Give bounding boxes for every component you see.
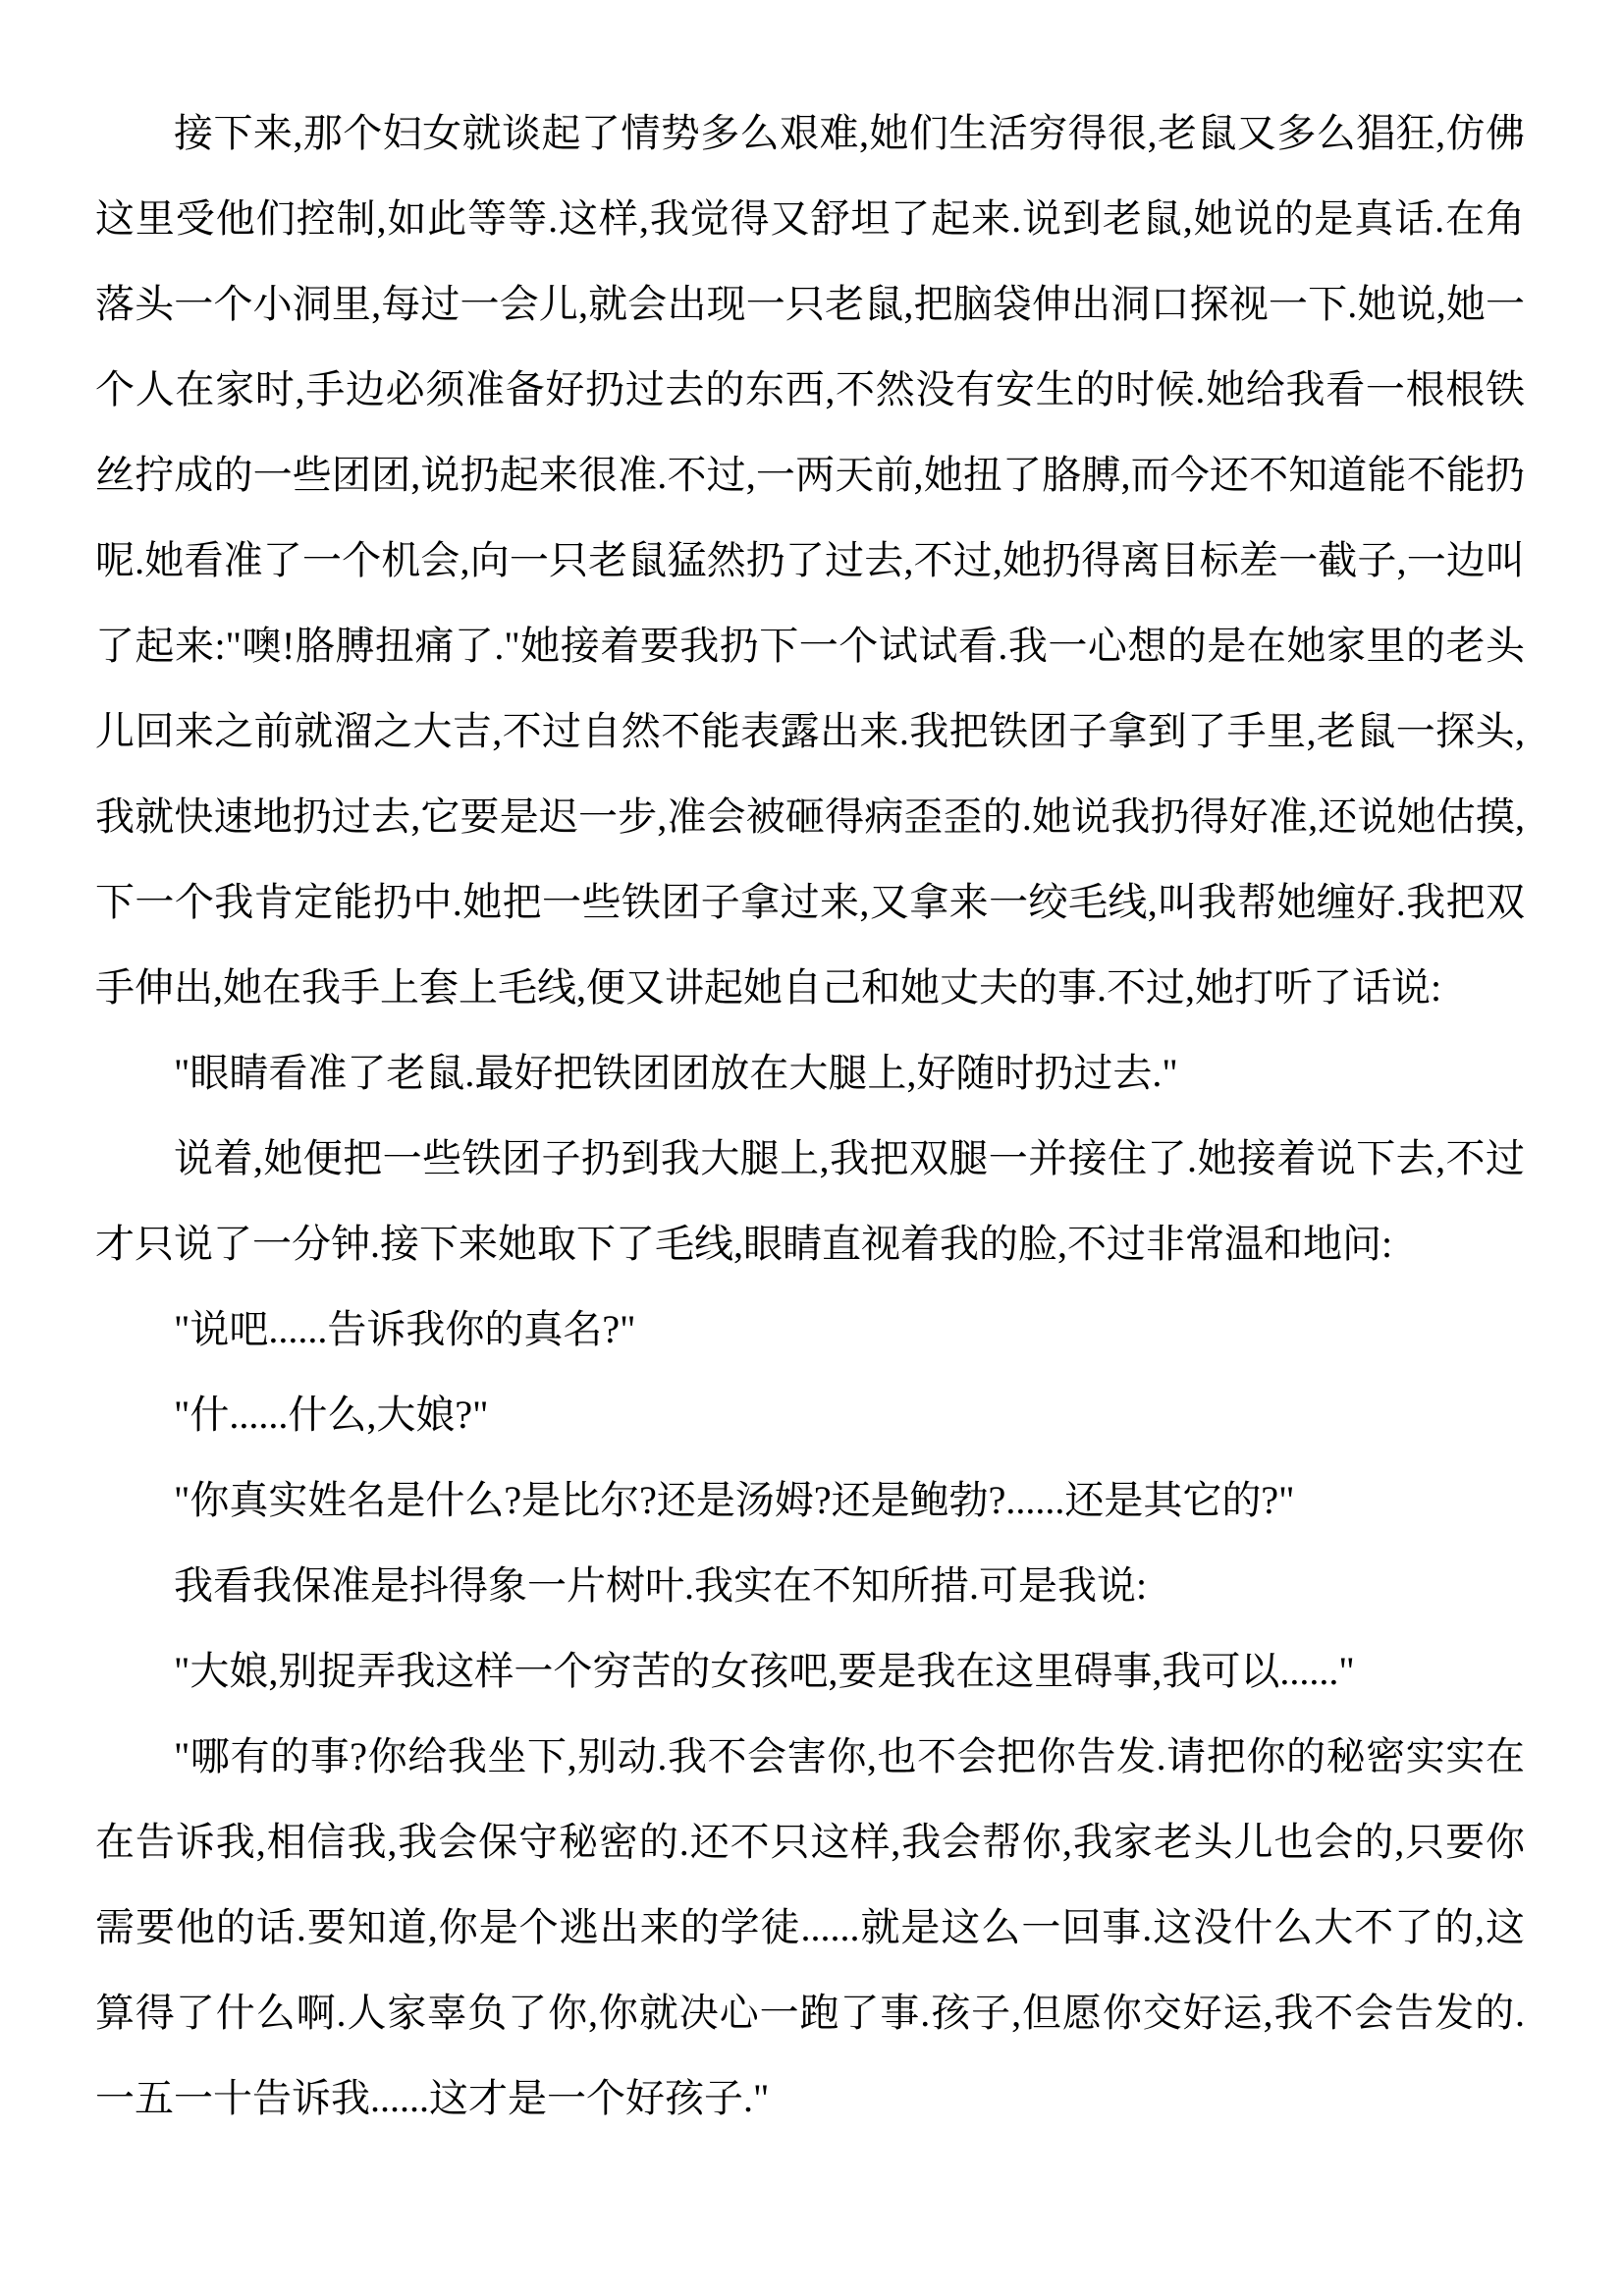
paragraph: "大娘,别捉弄我这样一个穷苦的女孩吧,要是我在这里碍事,我可以......" bbox=[95, 1628, 1525, 1714]
paragraph: "你真实姓名是什么?是比尔?还是汤姆?还是鲍勃?......还是其它的?" bbox=[95, 1457, 1525, 1543]
paragraph: 说着,她便把一些铁团子扔到我大腿上,我把双腿一并接住了.她接着说下去,不过才只说… bbox=[95, 1116, 1525, 1286]
document-page: 接下来,那个妇女就谈起了情势多么艰难,她们生活穷得很,老鼠又多么猖狂,仿佛这里受… bbox=[0, 0, 1623, 2296]
paragraph: "说吧......告诉我你的真名?" bbox=[95, 1286, 1525, 1372]
paragraph: "什......什么,大娘?" bbox=[95, 1372, 1525, 1457]
paragraph: "眼睛看准了老鼠.最好把铁团团放在大腿上,好随时扔过去." bbox=[95, 1030, 1525, 1116]
paragraph: 我看我保准是抖得象一片树叶.我实在不知所措.可是我说: bbox=[95, 1543, 1525, 1628]
paragraph: "哪有的事?你给我坐下,别动.我不会害你,也不会把你告发.请把你的秘密实实在在告… bbox=[95, 1714, 1525, 2141]
paragraph: 接下来,那个妇女就谈起了情势多么艰难,她们生活穷得很,老鼠又多么猖狂,仿佛这里受… bbox=[95, 90, 1525, 1030]
text-content: 接下来,那个妇女就谈起了情势多么艰难,她们生活穷得很,老鼠又多么猖狂,仿佛这里受… bbox=[95, 90, 1525, 2141]
